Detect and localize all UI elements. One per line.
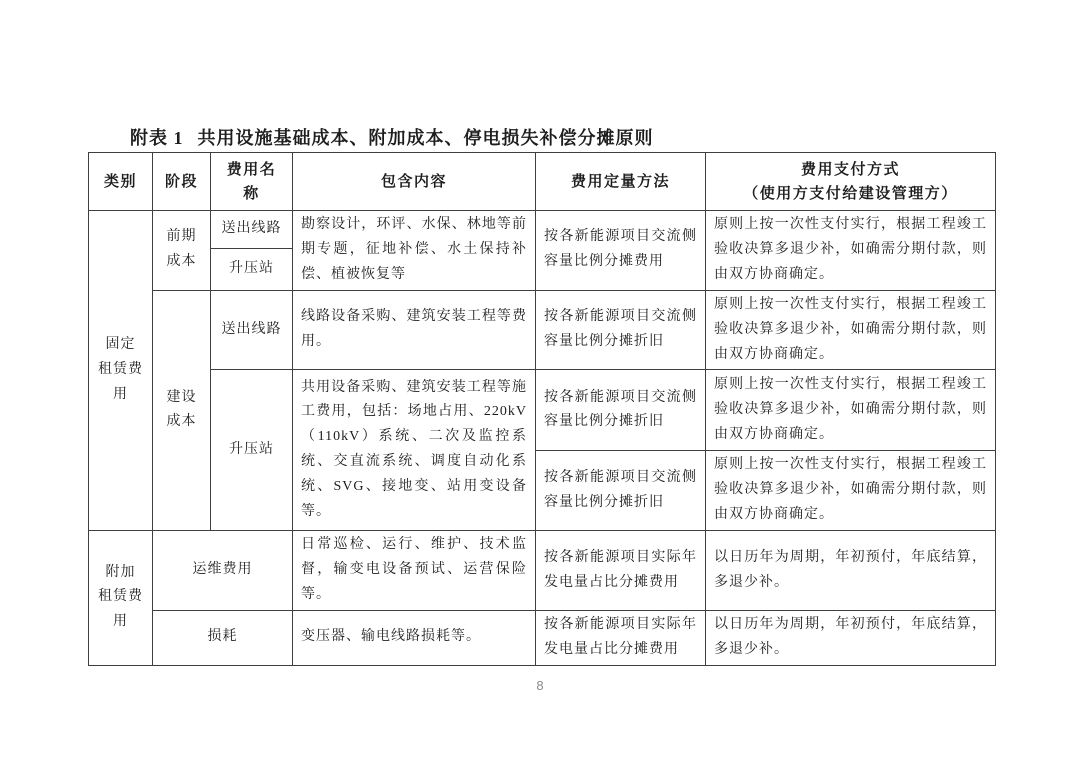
cell-category-fixed: 固定 租赁费 用: [89, 211, 153, 531]
cell-payment-early: 原则上按一次性支付实行，根据工程竣工验收决算多退少补，如确需分期付款，则由双方协…: [706, 211, 996, 291]
cell-fee-om: 运维费用: [153, 531, 293, 611]
col-header-content: 包含内容: [293, 153, 536, 211]
col-header-payment: 费用支付方式 （使用方支付给建设管理方）: [706, 153, 996, 211]
cell-stage-early: 前期 成本: [153, 211, 211, 291]
cell-content-construction-line: 线路设备采购、建筑安装工程等费用。: [293, 290, 536, 370]
cell-payment-loss: 以日历年为周期，年初预付，年底结算，多退少补。: [706, 610, 996, 665]
cell-payment-construction-station-1: 原则上按一次性支付实行，根据工程竣工验收决算多退少补，如确需分期付款，则由双方协…: [706, 370, 996, 451]
col-header-stage: 阶段: [153, 153, 211, 211]
table-title: 附表 1共用设施基础成本、附加成本、停电损失补偿分摊原则: [130, 124, 654, 150]
cell-method-om: 按各新能源项目实际年发电量占比分摊费用: [536, 531, 706, 611]
cell-method-early: 按各新能源项目交流侧容量比例分摊费用: [536, 211, 706, 291]
table-row: 升压站 共用设备采购、建筑安装工程等施工费用，包括：场地占用、220kV（110…: [89, 370, 996, 451]
cell-method-loss: 按各新能源项目实际年发电量占比分摊费用: [536, 610, 706, 665]
cell-fee-early-line: 送出线路: [211, 211, 293, 249]
cell-payment-om: 以日历年为周期，年初预付，年底结算，多退少补。: [706, 531, 996, 611]
table-row: 建设 成本 送出线路 线路设备采购、建筑安装工程等费用。 按各新能源项目交流侧容…: [89, 290, 996, 370]
table-title-prefix: 附表 1: [130, 128, 184, 148]
cell-payment-construction-station-2: 原则上按一次性支付实行，根据工程竣工验收决算多退少补，如确需分期付款，则由双方协…: [706, 451, 996, 531]
cell-stage-construction: 建设 成本: [153, 290, 211, 530]
cell-fee-construction-line: 送出线路: [211, 290, 293, 370]
cell-fee-early-station: 升压站: [211, 248, 293, 290]
page-number: 8: [0, 678, 1080, 693]
cell-method-construction-line: 按各新能源项目交流侧容量比例分摊折旧: [536, 290, 706, 370]
cell-content-early: 勘察设计，环评、水保、林地等前期专题，征地补偿、水土保持补偿、植被恢复等: [293, 211, 536, 291]
cell-payment-construction-line: 原则上按一次性支付实行，根据工程竣工验收决算多退少补，如确需分期付款，则由双方协…: [706, 290, 996, 370]
col-header-payment-line1: 费用支付方式: [714, 158, 987, 182]
table-title-text: 共用设施基础成本、附加成本、停电损失补偿分摊原则: [198, 128, 654, 148]
col-header-method: 费用定量方法: [536, 153, 706, 211]
col-header-category: 类别: [89, 153, 153, 211]
cell-content-om: 日常巡检、运行、维护、技术监督，输变电设备预试、运营保险等。: [293, 531, 536, 611]
cell-method-construction-station-1: 按各新能源项目交流侧容量比例分摊折旧: [536, 370, 706, 451]
cell-content-loss: 变压器、输电线路损耗等。: [293, 610, 536, 665]
table-row: 损耗 变压器、输电线路损耗等。 按各新能源项目实际年发电量占比分摊费用 以日历年…: [89, 610, 996, 665]
cell-content-construction-station: 共用设备采购、建筑安装工程等施工费用，包括：场地占用、220kV（110kV）系…: [293, 370, 536, 531]
table-row: 固定 租赁费 用 前期 成本 送出线路 勘察设计，环评、水保、林地等前期专题，征…: [89, 211, 996, 249]
cell-fee-loss: 损耗: [153, 610, 293, 665]
header-row: 类别 阶段 费用名称 包含内容 费用定量方法 费用支付方式 （使用方支付给建设管…: [89, 153, 996, 211]
cell-method-construction-station-2: 按各新能源项目交流侧容量比例分摊折旧: [536, 451, 706, 531]
cell-category-additional: 附加 租赁费 用: [89, 531, 153, 666]
col-header-payment-line2: （使用方支付给建设管理方）: [714, 182, 987, 206]
table-row: 附加 租赁费 用 运维费用 日常巡检、运行、维护、技术监督，输变电设备预试、运营…: [89, 531, 996, 611]
col-header-fee-name: 费用名称: [211, 153, 293, 211]
allocation-table: 类别 阶段 费用名称 包含内容 费用定量方法 费用支付方式 （使用方支付给建设管…: [88, 152, 996, 666]
document-page: { "page": { "title_prefix": "附表 1", "tit…: [0, 0, 1080, 764]
cell-fee-construction-station: 升压站: [211, 370, 293, 531]
